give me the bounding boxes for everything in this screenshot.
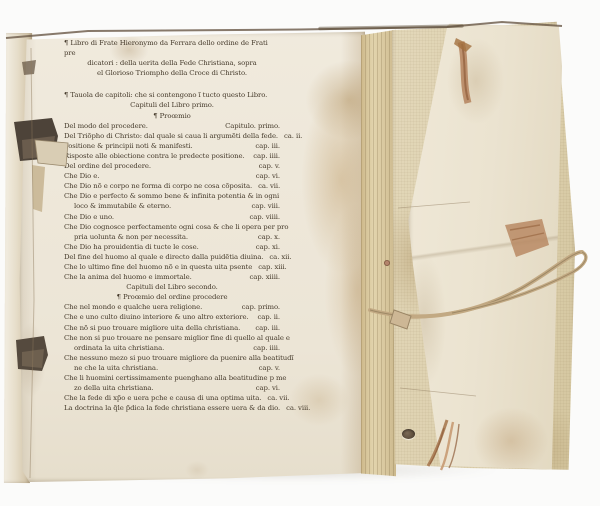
toc-entry-text: Positione & principii noti & manifesti. [64, 141, 193, 151]
toc-entry-line: Che la anima del huomo e immortale.cap. … [64, 272, 280, 282]
flap-hole [402, 429, 415, 439]
toc-entry-line: Che nõ si puo trouare migliore uita dell… [64, 323, 280, 333]
toc-entry-chapter: cap. xi. [250, 242, 280, 252]
toc-entry-chapter: cap. iiii. [247, 151, 280, 161]
toc-entry-text: zo della uita christiana. [64, 383, 154, 393]
toc-entry-line: Che non si puo trouare ne pensare miglio… [64, 333, 280, 343]
toc-entry-text: Che Dio nõ e corpo ne forma di corpo ne … [64, 181, 252, 191]
book1-heading: Capituli del Libro primo. [64, 100, 280, 110]
toc-entry-chapter: ca. viii. [280, 403, 310, 413]
toc-entry-line: Che Dio e uno.cap. viiii. [64, 212, 280, 222]
toc-entry-line: pria uolunta & non per necessita.cap. x. [64, 232, 280, 242]
toc-entry-text: Che nel mondo e qualche uera religione. [64, 302, 202, 312]
table-of-contents: ¶ Libro di Frate Hieronymo da Ferrara de… [64, 38, 280, 413]
toc-entry-line: Che nessuno mezo si puo trouare migliore… [64, 353, 280, 363]
toc-entry-line: Del ordine del procedere.cap. v. [64, 161, 280, 171]
toc-entry-line: Che Dio e perfecto & sommo bene & infini… [64, 191, 280, 201]
toc-book1-entries: Del modo del procedere.Capitulo. primo.D… [64, 121, 280, 283]
toc-entry-text: Del modo del procedere. [64, 121, 148, 131]
toc-entry-chapter: cap. iii. [249, 323, 280, 333]
toc-entry-line: Del fine del huomo al quale e directo da… [64, 252, 280, 262]
toc-entry-chapter: cap. iiii. [247, 343, 280, 353]
toc-entry-text: La doctrina la q̃le p̃dica la fede chris… [64, 403, 280, 413]
toc-entry-text: Del ordine del procedere. [64, 161, 151, 171]
toc-book2-entries: Che nel mondo e qualche uera religione.c… [64, 302, 280, 413]
toc-entry-line: Che lo ultimo fine del huomo nõ e in que… [64, 262, 280, 272]
toc-entry-text: Che Dio ha prouidentia di tucte le cose. [64, 242, 199, 252]
toc-entry-chapter: Capitulo. primo. [219, 121, 280, 131]
toc-entry-chapter: ca. ii. [278, 131, 302, 141]
toc-entry-line: Che la fede di xp̃o e uera pche e causa … [64, 393, 280, 403]
toc-entry-text: Del Triõpho di Christo: dal quale si cau… [64, 131, 278, 141]
toc-entry-text: Risposte alle obiectione contra le prede… [64, 151, 245, 161]
proemio1-heading: ¶ Proœmio [64, 111, 280, 121]
toc-entry-line: Che li huomini certissimamente puenghano… [64, 373, 280, 383]
toc-entry-line: ne che la uita christiana.cap. v. [64, 363, 280, 373]
toc-entry-text: Che nõ si puo trouare migliore uita dell… [64, 323, 240, 333]
toc-entry-text: ordinata la uita christiana. [64, 343, 164, 353]
toc-entry-chapter: cap. viii. [246, 201, 280, 211]
toc-entry-text: Che Dio e perfecto & sommo bene & infini… [64, 191, 279, 201]
proemio2-heading: ¶ Proœmio del ordine procedere [64, 292, 280, 302]
toc-entry-line: zo della uita christiana.cap. vi. [64, 383, 280, 393]
toc-entry-text: Che nessuno mezo si puo trouare migliore… [64, 353, 294, 363]
toc-entry-text: Che lo ultimo fine del huomo nõ e in que… [64, 262, 252, 272]
toc-entry-chapter: cap. xiiii. [243, 272, 280, 282]
toc-entry-line: Del Triõpho di Christo: dal quale si cau… [64, 131, 280, 141]
toc-entry-line: Che Dio e.cap. vi. [64, 171, 280, 181]
title-line: el Glorioso Triompho della Croce di Chri… [64, 68, 280, 78]
toc-entry-chapter: ca. vii. [261, 393, 289, 403]
toc-entry-text: Che li huomini certissimamente puenghano… [64, 373, 286, 383]
toc-entry-chapter: cap. iii. [249, 141, 280, 151]
toc-entry-chapter: cap. ii. [251, 312, 280, 322]
toc-entry-text: loco & immutabile & eterno. [64, 201, 171, 211]
toc-entry-text: Che non si puo trouare ne pensare miglio… [64, 333, 290, 343]
toc-entry-text: Che e uno culto diuino interiore & uno a… [64, 312, 249, 322]
toc-entry-chapter: cap. v. [253, 363, 280, 373]
toc-entry-line: loco & immutabile & eterno.cap. viii. [64, 201, 280, 211]
toc-entry-text: pria uolunta & non per necessita. [64, 232, 188, 242]
title-line: dicatori : della uerita della Fede Chris… [64, 58, 280, 68]
toc-entry-line: ordinata la uita christiana.cap. iiii. [64, 343, 280, 353]
spacer [64, 78, 280, 90]
title-line: ¶ Libro di Frate Hieronymo da Ferrara de… [64, 38, 280, 58]
toc-entry-line: Che Dio cognosce perfectamente ogni cosa… [64, 222, 280, 232]
toc-entry-chapter: cap. viiii. [243, 212, 280, 222]
toc-entry-line: Che e uno culto diuino interiore & uno a… [64, 312, 280, 322]
toc-entry-chapter: cap. xiii. [252, 262, 286, 272]
toc-entry-chapter: cap. vi. [250, 383, 280, 393]
toc-entry-chapter: cap. vi. [250, 171, 280, 181]
toc-entry-chapter: ca. xii. [263, 252, 291, 262]
toc-entry-line: Che Dio nõ e corpo ne forma di corpo ne … [64, 181, 280, 191]
book2-heading: Capituli del Libro secondo. [64, 282, 280, 292]
toc-entry-line: Positione & principii noti & manifesti.c… [64, 141, 280, 151]
toc-entry-text: Che la fede di xp̃o e uera pche e causa … [64, 393, 261, 403]
toc-entry-text: Che la anima del huomo e immortale. [64, 272, 192, 282]
toc-entry-chapter: cap. x. [252, 232, 280, 242]
toc-entry-text: ne che la uita christiana. [64, 363, 158, 373]
toc-entry-chapter: cap. v. [253, 161, 280, 171]
toc-entry-chapter: ca. vii. [252, 181, 280, 191]
toc-entry-chapter: cap. primo. [236, 302, 280, 312]
toc-entry-text: Che Dio e. [64, 171, 99, 181]
toc-entry-text: Che Dio cognosce perfectamente ogni cosa… [64, 222, 288, 232]
toc-entry-line: Che nel mondo e qualche uera religione.c… [64, 302, 280, 312]
toc-entry-text: Che Dio e uno. [64, 212, 114, 222]
toc-entry-line: Risposte alle obiectione contra le prede… [64, 151, 280, 161]
tavola-heading: ¶ Tauola de capitoli: che si contengono … [64, 90, 280, 100]
toc-entry-line: Che Dio ha prouidentia di tucte le cose.… [64, 242, 280, 252]
page-block-fore-edge [361, 28, 396, 478]
toc-entry-text: Del fine del huomo al quale e directo da… [64, 252, 263, 262]
book-photo: ¶ Libro di Frate Hieronymo da Ferrara de… [0, 0, 600, 506]
toc-entry-line: Del modo del procedere.Capitulo. primo. [64, 121, 280, 131]
toc-entry-line: La doctrina la q̃le p̃dica la fede chris… [64, 403, 280, 413]
